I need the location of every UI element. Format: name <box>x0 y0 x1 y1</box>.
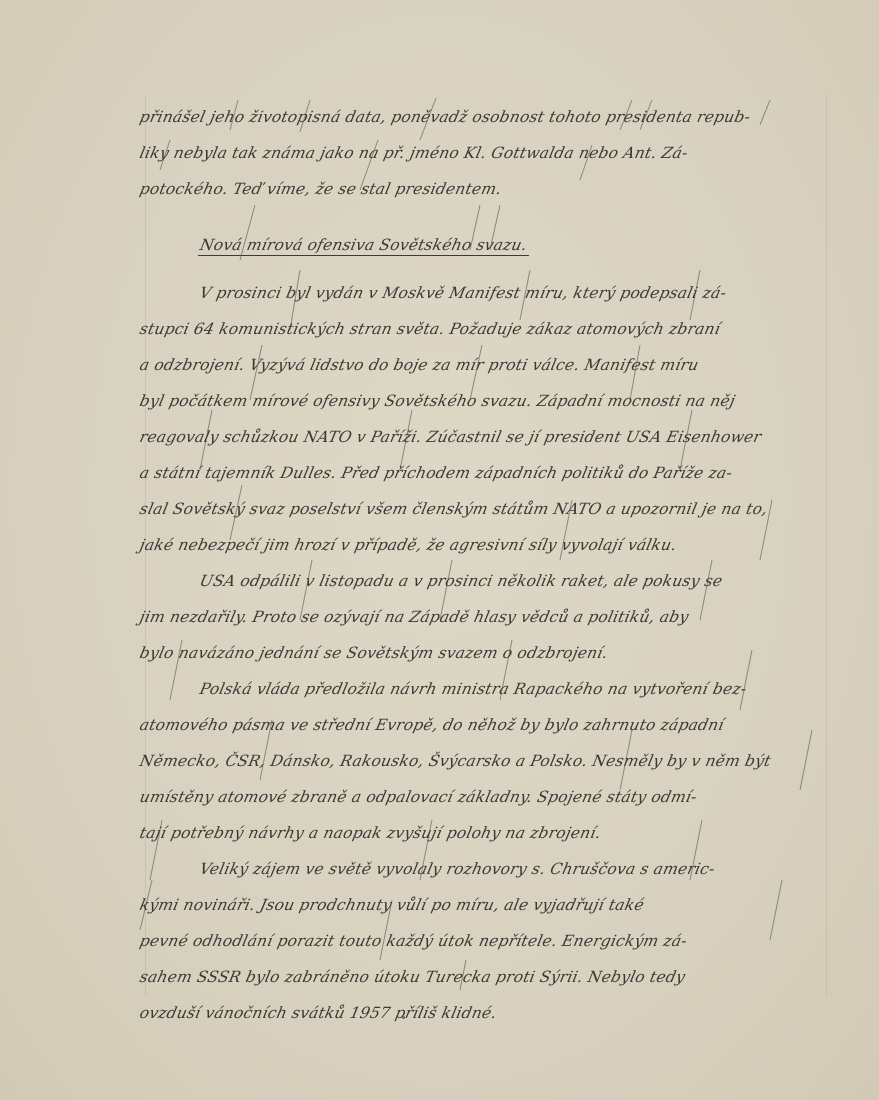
text-line: reagovaly schůzkou NATO v Paříži. Zúčast… <box>138 428 763 446</box>
text-line: liky nebyla tak známa jako na př. jméno … <box>138 144 689 162</box>
text-line: tají potřebný návrhy a naopak zvyšují po… <box>138 824 603 842</box>
text-line: jim nezdařily. Proto se ozývají na Západ… <box>138 608 690 626</box>
text-line: kými novináři. Jsou prodchnuty vůlí po m… <box>138 896 646 914</box>
text-line: jaké nebezpečí jim hrozí v případě, že a… <box>138 536 678 554</box>
text-line: sahem SSSR bylo zabráněno útoku Turecka … <box>138 968 687 986</box>
section-heading: Nová mírová ofensiva Sovětského svazu. <box>198 236 533 256</box>
text-line: a odzbrojení. Vyzývá lidstvo do boje za … <box>138 356 700 374</box>
text-line: Veliký zájem ve světě vyvolaly rozhovory… <box>198 860 716 878</box>
text-line: umístěny atomové zbraně a odpalovací zák… <box>138 788 699 806</box>
text-line: pevné odhodlání porazit touto každý útok… <box>138 932 689 950</box>
text-line: Polská vláda předložila návrh ministra R… <box>198 680 748 698</box>
text-line: atomového pásma ve střední Evropě, do ně… <box>138 716 726 734</box>
text-line: Německo, ČSR, Dánsko, Rakousko, Švýcarsk… <box>138 752 773 770</box>
scanned-page: přinášel jeho životopisná data, poněvadž… <box>0 0 879 1100</box>
text-line: a státní tajemník Dulles. Před příchodem… <box>138 464 734 482</box>
text-line: byl počátkem mírové ofensivy Sovětského … <box>138 392 737 410</box>
text-line: USA odpálili v listopadu a v prosinci ně… <box>198 572 724 590</box>
text-line: stupci 64 komunistických stran světa. Po… <box>138 320 722 338</box>
paper-speck <box>402 1016 405 1019</box>
text-line: slal Sovětský svaz poselství všem člensk… <box>138 500 769 518</box>
text-line: potockého. Teď víme, že se stal presiden… <box>138 180 503 198</box>
text-line: přinášel jeho životopisná data, poněvadž… <box>138 108 752 126</box>
text-line: V prosinci byl vydán v Moskvě Manifest m… <box>198 284 728 302</box>
text-line: bylo navázáno jednání se Sovětským svaze… <box>138 644 610 662</box>
text-line: ovzduší vánočních svátků 1957 příliš kli… <box>138 1004 498 1022</box>
